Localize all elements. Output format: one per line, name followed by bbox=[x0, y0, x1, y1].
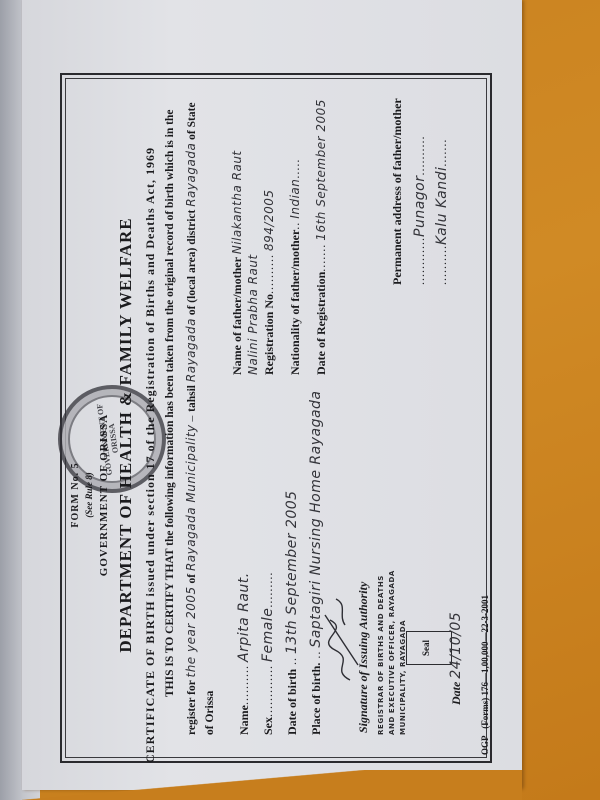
seal-box: Seal bbox=[406, 631, 452, 665]
local-area: Rayagada Municipality bbox=[184, 424, 198, 571]
register-year: the year 2005 bbox=[184, 586, 198, 677]
address-line-1-value: Punagor bbox=[412, 176, 428, 237]
form-code: (Forms) 176—1,00,000—22-3-2001 bbox=[480, 595, 490, 729]
parents-label: Name of father/mother bbox=[230, 257, 244, 375]
field-sex: Sex............. Female......... bbox=[260, 572, 276, 735]
address-line-2-value: Kalu Kandi bbox=[434, 167, 450, 245]
field-sex-value: Female bbox=[260, 608, 276, 662]
field-mother: Nalini Prabha Raut bbox=[246, 254, 261, 375]
certify-statement: THIS IS TO CERTIFY THAT the following in… bbox=[164, 110, 176, 697]
state-name: of Orissa bbox=[204, 691, 216, 735]
print-footer: OGP (Forms) 176—1,00,000—22-3-2001 bbox=[480, 595, 490, 755]
form-rule: (See Rule 8) bbox=[84, 345, 94, 645]
tahsil-label: tahsil bbox=[186, 385, 198, 412]
issue-date-label: Date bbox=[449, 682, 463, 705]
signature-label: Signature of Issuing Authority bbox=[356, 582, 371, 733]
registration-date-label: Date of Registration bbox=[314, 272, 328, 375]
register-line: register for the year 2005 of Rayagada M… bbox=[184, 102, 198, 735]
official-stamp: REGISTRAR OF BIRTHS AND DEATHS AND EXECU… bbox=[376, 570, 409, 735]
field-registration-date: Date of Registration....... 16th Septemb… bbox=[314, 99, 329, 375]
registration-date-value: 16th September 2005 bbox=[314, 99, 328, 241]
nationality-value: Indian bbox=[288, 179, 302, 219]
field-sex-label: Sex bbox=[261, 717, 275, 735]
nationality-label: Nationality of father/mother bbox=[288, 230, 302, 375]
certificate-title: CERTIFICATE OF BIRTH issued under sectio… bbox=[143, 135, 158, 775]
birth-certificate: GOVERNMENT OF ORISSA FORM No. 5 (See Rul… bbox=[40, 55, 510, 775]
department-title: DEPARTMENT OF HEALTH & FAMILY WELFARE bbox=[116, 115, 136, 755]
field-registration-no: Registration No.......... 894/2005 bbox=[262, 190, 277, 376]
mother-name: Nalini Prabha Raut bbox=[246, 254, 260, 375]
field-nationality: Nationality of father/mother.. Indian...… bbox=[288, 159, 303, 375]
of-label: of bbox=[186, 574, 198, 584]
printer-code: OGP bbox=[480, 736, 490, 756]
government-name: GOVERNMENT OF ORISSA bbox=[98, 345, 110, 645]
field-name-label: Name bbox=[237, 705, 251, 735]
registration-no-label: Registration No bbox=[262, 294, 276, 375]
district-label: of (local area) district bbox=[186, 210, 198, 316]
father-name: Nilakantha Raut bbox=[230, 150, 244, 254]
address-line-2: ..........Kalu Kandi....... bbox=[434, 139, 450, 285]
address-label: Permanent address of father/mother bbox=[390, 98, 405, 285]
tahsil-value: Rayagada bbox=[184, 318, 198, 382]
field-parents: Name of father/mother Nilakantha Raut bbox=[230, 150, 245, 375]
state-suffix: of State bbox=[186, 102, 198, 139]
stamp-line-2: AND EXECUTIVE OFFICER, RAYAGADA bbox=[387, 570, 398, 735]
field-dob-value: 13th September 2005 bbox=[284, 490, 300, 654]
district-value: Rayagada bbox=[184, 143, 198, 207]
field-name: Name.......... Arpita Raut. bbox=[236, 572, 252, 735]
register-prefix: register for bbox=[186, 680, 198, 735]
registration-no-value: 894/2005 bbox=[262, 190, 276, 252]
field-dob-label: Date of birth bbox=[285, 669, 299, 735]
issue-date: Date 24/10/05 bbox=[448, 612, 464, 705]
form-number: FORM No. 5 bbox=[70, 345, 81, 645]
signature-scribble bbox=[320, 595, 360, 685]
field-date-of-birth: Date of birth .. 13th September 2005 bbox=[284, 490, 300, 735]
stamp-line-1: REGISTRAR OF BIRTHS AND DEATHS bbox=[376, 570, 387, 735]
field-name-value: Arpita Raut. bbox=[236, 572, 252, 662]
issue-date-value: 24/10/05 bbox=[448, 612, 464, 679]
address-line-1: ............Punagor.......... bbox=[412, 136, 428, 285]
seal-box-label: Seal bbox=[421, 632, 431, 664]
